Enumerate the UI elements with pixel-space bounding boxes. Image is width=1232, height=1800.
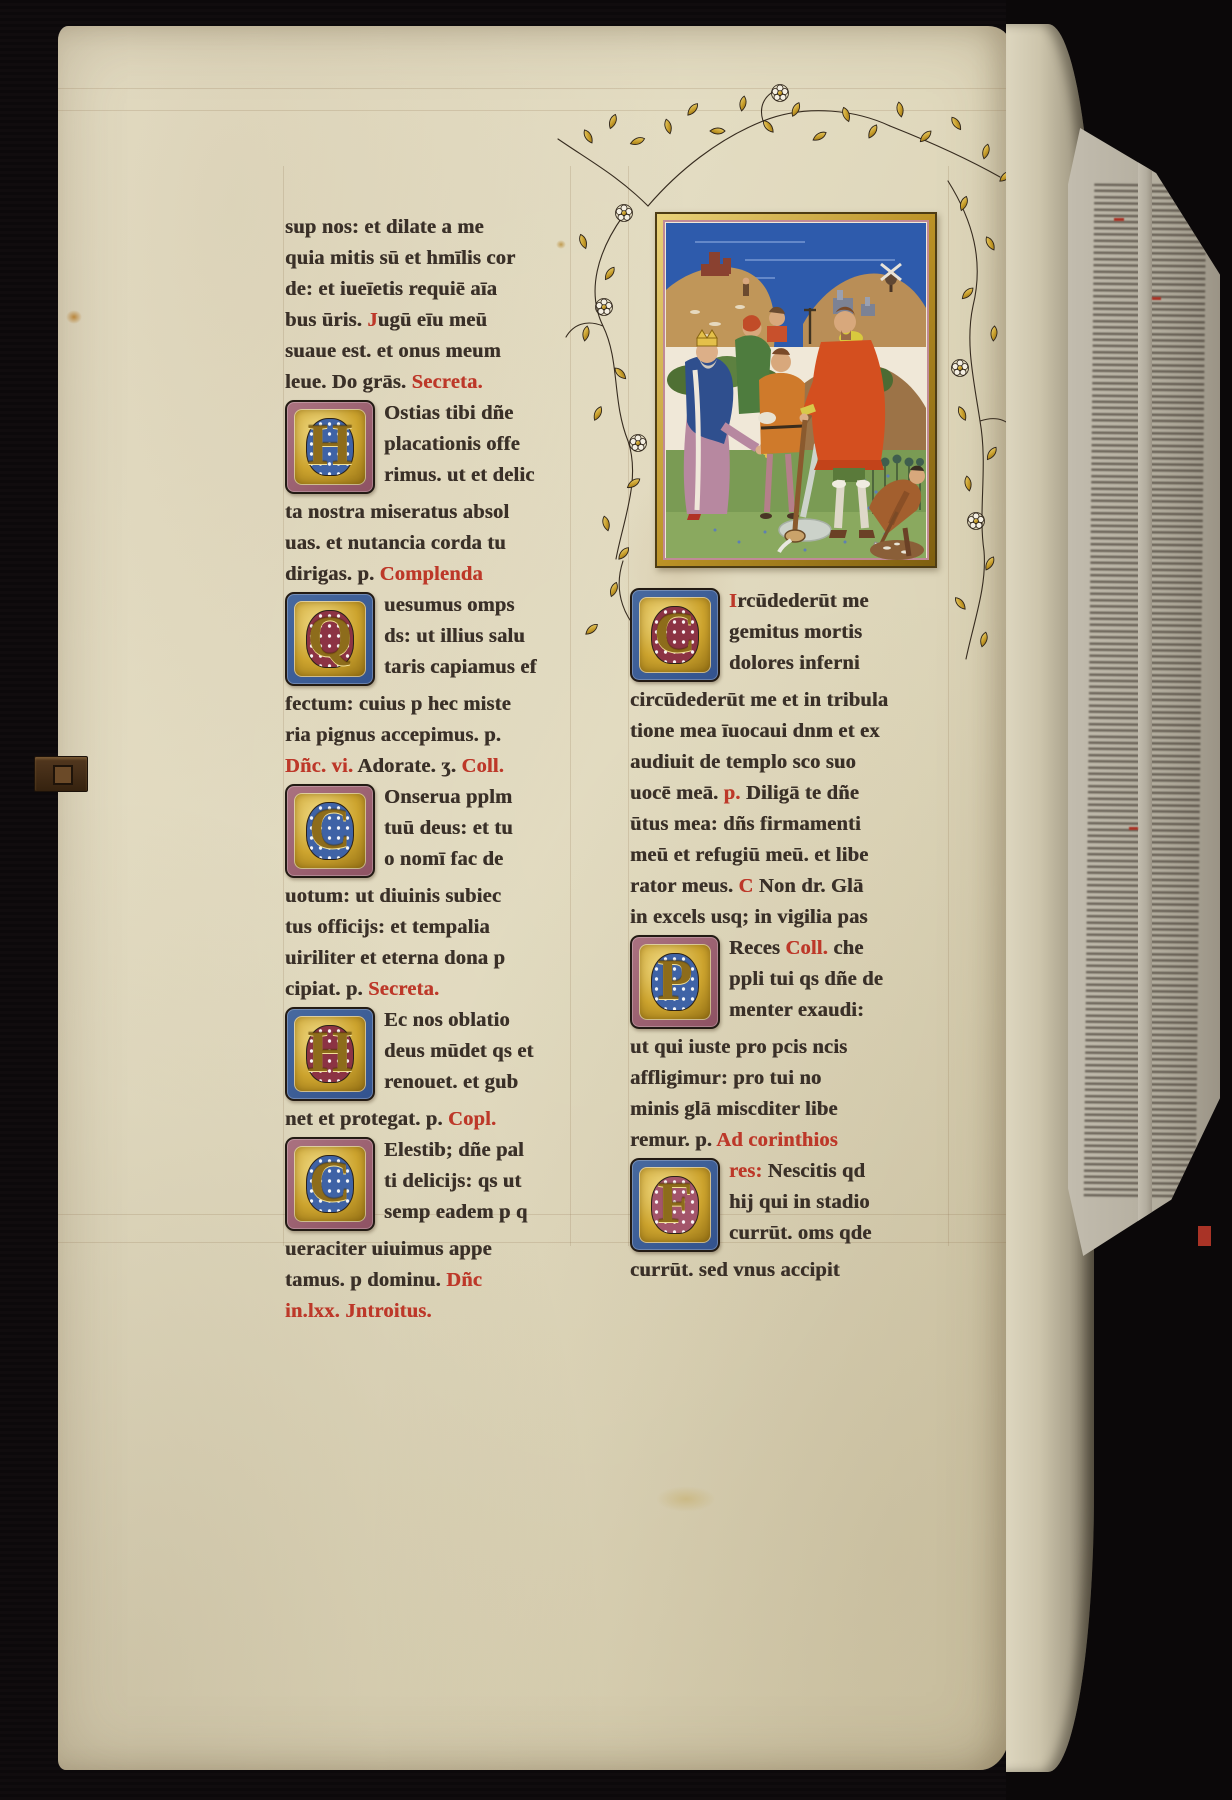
text-line: uiriliter et eterna dona p bbox=[285, 943, 569, 974]
initial-block: PReces Coll. cheppli tui qs dñe dementer… bbox=[630, 933, 946, 1032]
body-text: rcūdederūt me bbox=[737, 590, 868, 612]
line-block: currūt. sed vnus accipit bbox=[630, 1255, 946, 1286]
text-line: Ircūdederūt me bbox=[729, 586, 946, 617]
initial-letter: H bbox=[287, 1018, 373, 1085]
body-text: Ec nos oblatio bbox=[384, 1009, 510, 1031]
text-line: Ostias tibi dñe bbox=[384, 398, 569, 429]
illuminated-initial: H bbox=[285, 1007, 375, 1101]
text-line: ti delicijs: qs ut bbox=[384, 1166, 569, 1197]
rubric-text: Coll. bbox=[785, 937, 833, 959]
initial-block: CElestib; dñe palti delicijs: qs utsemp … bbox=[285, 1135, 569, 1234]
text-line: meū et refugiū meū. et libe bbox=[630, 840, 946, 871]
ruling-line bbox=[283, 166, 284, 1246]
body-text: deus mūdet qs et bbox=[384, 1040, 534, 1062]
text-line: bus ūris. Jugū eīu meū bbox=[285, 305, 569, 336]
initial-letter: H bbox=[287, 411, 373, 478]
body-text: o nomī fac de bbox=[384, 848, 503, 870]
text-line: cipiat. p. Secreta. bbox=[285, 974, 569, 1005]
climbing-figure bbox=[743, 278, 750, 296]
text-line: Reces Coll. che bbox=[729, 933, 946, 964]
text-line: gemitus mortis bbox=[729, 617, 946, 648]
text-line: res: Nescitis qd bbox=[729, 1156, 946, 1187]
illuminated-initial: P bbox=[630, 935, 720, 1029]
initial-letter: C bbox=[287, 1148, 373, 1215]
body-text: affligimur: pro tui no bbox=[630, 1067, 821, 1089]
text-line: suaue est. et onus meum bbox=[285, 336, 569, 367]
text-line: tamus. p dominu. Dñc bbox=[285, 1265, 569, 1296]
body-text: leue. Do grās. bbox=[285, 371, 412, 393]
rubric-text: p. bbox=[724, 782, 746, 804]
rubric-text: Coll. bbox=[461, 755, 504, 777]
body-text: Diligā te dñe bbox=[746, 782, 859, 804]
text-line: renouet. et gub bbox=[384, 1067, 569, 1098]
line-block: uotum: ut diuinis subiectus officijs: et… bbox=[285, 881, 569, 1005]
body-text: che bbox=[833, 937, 863, 959]
body-text: tuū deus: et tu bbox=[384, 817, 513, 839]
text-line: in.lxx. Jntroitus. bbox=[285, 1296, 569, 1327]
rubric-text: Secreta. bbox=[368, 978, 439, 1000]
body-text: uas. et nutancia corda tu bbox=[285, 532, 506, 554]
text-line: sup nos: et dilate a me bbox=[285, 212, 569, 243]
text-line: uotum: ut diuinis subiec bbox=[285, 881, 569, 912]
body-text: tus officijs: et tempalia bbox=[285, 916, 490, 938]
book-fore-edge bbox=[1006, 0, 1232, 1800]
body-text: dolores inferni bbox=[729, 652, 860, 674]
ruling-line bbox=[948, 166, 949, 1246]
text-line: ds: ut illius salu bbox=[384, 621, 569, 652]
rubric-text: Copl. bbox=[448, 1108, 496, 1130]
body-text: ta nostra miseratus absol bbox=[285, 501, 509, 523]
body-text: Elestib; dñe pal bbox=[384, 1139, 524, 1161]
text-line: uesumus omps bbox=[384, 590, 569, 621]
initial-letter: C bbox=[287, 795, 373, 862]
body-text: tamus. p dominu. bbox=[285, 1269, 446, 1291]
text-line: currūt. sed vnus accipit bbox=[630, 1255, 946, 1286]
text-line: tione mea īuocaui dnm et ex bbox=[630, 716, 946, 747]
text-line: circūdederūt me et in tribula bbox=[630, 685, 946, 716]
body-text: ds: ut illius salu bbox=[384, 625, 525, 647]
text-column-left: sup nos: et dilate a mequia mitis sū et … bbox=[285, 212, 569, 1327]
body-text: Onserua pplm bbox=[384, 786, 512, 808]
line-block: ueraciter uiuimus appetamus. p dominu. D… bbox=[285, 1234, 569, 1327]
rubric-text: res: bbox=[729, 1160, 768, 1182]
ruling-line bbox=[58, 110, 1010, 111]
text-line: deus mūdet qs et bbox=[384, 1036, 569, 1067]
rubric-text: Secreta. bbox=[412, 371, 483, 393]
text-line: o nomī fac de bbox=[384, 844, 569, 875]
illuminated-initial: F bbox=[630, 1158, 720, 1252]
body-text: Reces bbox=[729, 937, 785, 959]
body-text: tione mea īuocaui dnm et ex bbox=[630, 720, 880, 742]
body-text: placationis offe bbox=[384, 433, 520, 455]
body-text: hij qui in stadio bbox=[729, 1191, 870, 1213]
body-text: uiriliter et eterna dona p bbox=[285, 947, 505, 969]
initial-block: Quesumus ompsds: ut illius salutaris cap… bbox=[285, 590, 569, 689]
manuscript-page: sup nos: et dilate a mequia mitis sū et … bbox=[58, 26, 1010, 1770]
body-text: cipiat. p. bbox=[285, 978, 368, 1000]
parchment-stain bbox=[656, 1486, 716, 1512]
body-text: audiuit de templo sco suo bbox=[630, 751, 856, 773]
body-text: ūtus mea: dñs firmamenti bbox=[630, 813, 861, 835]
text-line: ūtus mea: dñs firmamenti bbox=[630, 809, 946, 840]
body-text: quia mitis sū et hmīlis cor bbox=[285, 247, 515, 269]
body-text: ti delicijs: qs ut bbox=[384, 1170, 521, 1192]
body-text: ugū eīu meū bbox=[378, 309, 487, 331]
facing-page-edge bbox=[1068, 128, 1220, 1256]
line-block: circūdederūt me et in tribulatione mea ī… bbox=[630, 685, 946, 933]
ruling-line bbox=[570, 166, 571, 1246]
initial-block: CIrcūdederūt megemitus mortisdolores inf… bbox=[630, 586, 946, 685]
initial-block: HEc nos oblatiodeus mūdet qs etrenouet. … bbox=[285, 1005, 569, 1104]
miniature-painting bbox=[655, 212, 937, 568]
body-text: currūt. sed vnus accipit bbox=[630, 1259, 840, 1281]
body-text: suaue est. et onus meum bbox=[285, 340, 501, 362]
text-line: Elestib; dñe pal bbox=[384, 1135, 569, 1166]
initial-block: Fres: Nescitis qdhij qui in stadiocurrūt… bbox=[630, 1156, 946, 1255]
text-line: quia mitis sū et hmīlis cor bbox=[285, 243, 569, 274]
body-text: circūdederūt me et in tribula bbox=[630, 689, 888, 711]
body-text: rator meus. bbox=[630, 875, 738, 897]
rubric-text: Dñc. vi. bbox=[285, 755, 357, 777]
body-text: Nescitis qd bbox=[768, 1160, 865, 1182]
ruling-line bbox=[58, 88, 1010, 89]
initial-letter: Q bbox=[287, 603, 373, 670]
text-line: Ec nos oblatio bbox=[384, 1005, 569, 1036]
bookmark-tab bbox=[34, 756, 88, 792]
text-line: remur. p. Ad corinthios bbox=[630, 1125, 946, 1156]
illuminated-initial: C bbox=[285, 1137, 375, 1231]
body-text: renouet. et gub bbox=[384, 1071, 518, 1093]
body-text: uesumus omps bbox=[384, 594, 515, 616]
text-line: ta nostra miseratus absol bbox=[285, 497, 569, 528]
text-line: affligimur: pro tui no bbox=[630, 1063, 946, 1094]
text-line: placationis offe bbox=[384, 429, 569, 460]
body-text: in excels usq; in vigilia pas bbox=[630, 906, 868, 928]
illuminated-initial: H bbox=[285, 400, 375, 494]
text-line: fectum: cuius p hec miste bbox=[285, 689, 569, 720]
initial-letter: P bbox=[632, 946, 718, 1013]
body-text: uotum: ut diuinis subiec bbox=[285, 885, 501, 907]
rubric-text: Dñc bbox=[446, 1269, 482, 1291]
illuminated-initial: C bbox=[630, 588, 720, 682]
text-line: tus officijs: et tempalia bbox=[285, 912, 569, 943]
parchment-stain bbox=[66, 310, 82, 324]
text-line: semp eadem p q bbox=[384, 1197, 569, 1228]
rubric-text: Ad corinthios bbox=[716, 1129, 838, 1151]
body-text: net et protegat. p. bbox=[285, 1108, 448, 1130]
text-line: uas. et nutancia corda tu bbox=[285, 528, 569, 559]
initial-block: COnserua pplmtuū deus: et tuo nomī fac d… bbox=[285, 782, 569, 881]
rubric-text: in.lxx. Jntroitus. bbox=[285, 1300, 432, 1322]
miniature-scene bbox=[655, 212, 937, 568]
body-text: dirigas. p. bbox=[285, 563, 380, 585]
text-line: tuū deus: et tu bbox=[384, 813, 569, 844]
body-text: minis glā miscditer libe bbox=[630, 1098, 838, 1120]
line-block: ut qui iuste pro pcis ncisaffligimur: pr… bbox=[630, 1032, 946, 1156]
line-block: net et protegat. p. Copl. bbox=[285, 1104, 569, 1135]
text-line: ut qui iuste pro pcis ncis bbox=[630, 1032, 946, 1063]
body-text: semp eadem p q bbox=[384, 1201, 527, 1223]
text-line: ueraciter uiuimus appe bbox=[285, 1234, 569, 1265]
illuminated-initial: Q bbox=[285, 592, 375, 686]
body-text: Adorate. ʒ. bbox=[357, 755, 461, 777]
body-text: sup nos: et dilate a me bbox=[285, 216, 484, 238]
rubric-fleck bbox=[1129, 827, 1138, 830]
text-line: minis glā miscditer libe bbox=[630, 1094, 946, 1125]
body-text: ut qui iuste pro pcis ncis bbox=[630, 1036, 847, 1058]
text-line: currūt. oms qde bbox=[729, 1218, 946, 1249]
body-text: ueraciter uiuimus appe bbox=[285, 1238, 492, 1260]
column-gutter bbox=[1138, 128, 1152, 1256]
body-text: rimus. ut et delic bbox=[384, 464, 535, 486]
body-text: bus ūris. bbox=[285, 309, 367, 331]
text-line: uocē meā. p. Diligā te dñe bbox=[630, 778, 946, 809]
text-line: leue. Do grās. Secreta. bbox=[285, 367, 569, 398]
text-line: dirigas. p. Complenda bbox=[285, 559, 569, 590]
illuminated-initial: C bbox=[285, 784, 375, 878]
initial-letter: F bbox=[632, 1169, 718, 1236]
body-text: Non dr. Glā bbox=[759, 875, 864, 897]
body-text: fectum: cuius p hec miste bbox=[285, 693, 511, 715]
body-text: ria pignus accepimus. p. bbox=[285, 724, 501, 746]
body-text: ppli tui qs dñe de bbox=[729, 968, 883, 990]
rubric-text: J bbox=[367, 309, 377, 331]
body-text: de: et iueīetis requiē aīa bbox=[285, 278, 497, 300]
red-initial-on-edge bbox=[1198, 1226, 1211, 1246]
rubric-fleck bbox=[1152, 297, 1161, 300]
text-line: in excels usq; in vigilia pas bbox=[630, 902, 946, 933]
manuscript-photograph: sup nos: et dilate a mequia mitis sū et … bbox=[0, 0, 1232, 1800]
initial-letter: C bbox=[632, 599, 718, 666]
text-line: de: et iueīetis requiē aīa bbox=[285, 274, 569, 305]
text-line: net et protegat. p. Copl. bbox=[285, 1104, 569, 1135]
text-line: audiuit de templo sco suo bbox=[630, 747, 946, 778]
text-column-right: CIrcūdederūt megemitus mortisdolores inf… bbox=[630, 586, 946, 1286]
body-text: taris capiamus ef bbox=[384, 656, 537, 678]
line-block: fectum: cuius p hec misteria pignus acce… bbox=[285, 689, 569, 782]
text-line: rator meus. C Non dr. Glā bbox=[630, 871, 946, 902]
line-block: ta nostra miseratus absoluas. et nutanci… bbox=[285, 497, 569, 590]
ruling-line bbox=[628, 166, 629, 1246]
rubric-text: Complenda bbox=[380, 563, 483, 585]
body-text: remur. p. bbox=[630, 1129, 716, 1151]
text-line: Dñc. vi. Adorate. ʒ. Coll. bbox=[285, 751, 569, 782]
rubric-text: C bbox=[738, 875, 758, 897]
text-line: rimus. ut et delic bbox=[384, 460, 569, 491]
text-line: dolores inferni bbox=[729, 648, 946, 679]
body-text: meū et refugiū meū. et libe bbox=[630, 844, 868, 866]
body-text: menter exaudi: bbox=[729, 999, 864, 1021]
text-line: menter exaudi: bbox=[729, 995, 946, 1026]
text-line: taris capiamus ef bbox=[384, 652, 569, 683]
text-line: Onserua pplm bbox=[384, 782, 569, 813]
body-text: currūt. oms qde bbox=[729, 1222, 872, 1244]
body-text: gemitus mortis bbox=[729, 621, 862, 643]
body-text: uocē meā. bbox=[630, 782, 724, 804]
text-line: ppli tui qs dñe de bbox=[729, 964, 946, 995]
body-text: Ostias tibi dñe bbox=[384, 402, 513, 424]
initial-block: HOstias tibi dñeplacationis offerimus. u… bbox=[285, 398, 569, 497]
rubric-fleck bbox=[1114, 218, 1124, 221]
rubric-text: I bbox=[729, 590, 737, 612]
text-line: ria pignus accepimus. p. bbox=[285, 720, 569, 751]
text-line: hij qui in stadio bbox=[729, 1187, 946, 1218]
line-block: sup nos: et dilate a mequia mitis sū et … bbox=[285, 212, 569, 398]
